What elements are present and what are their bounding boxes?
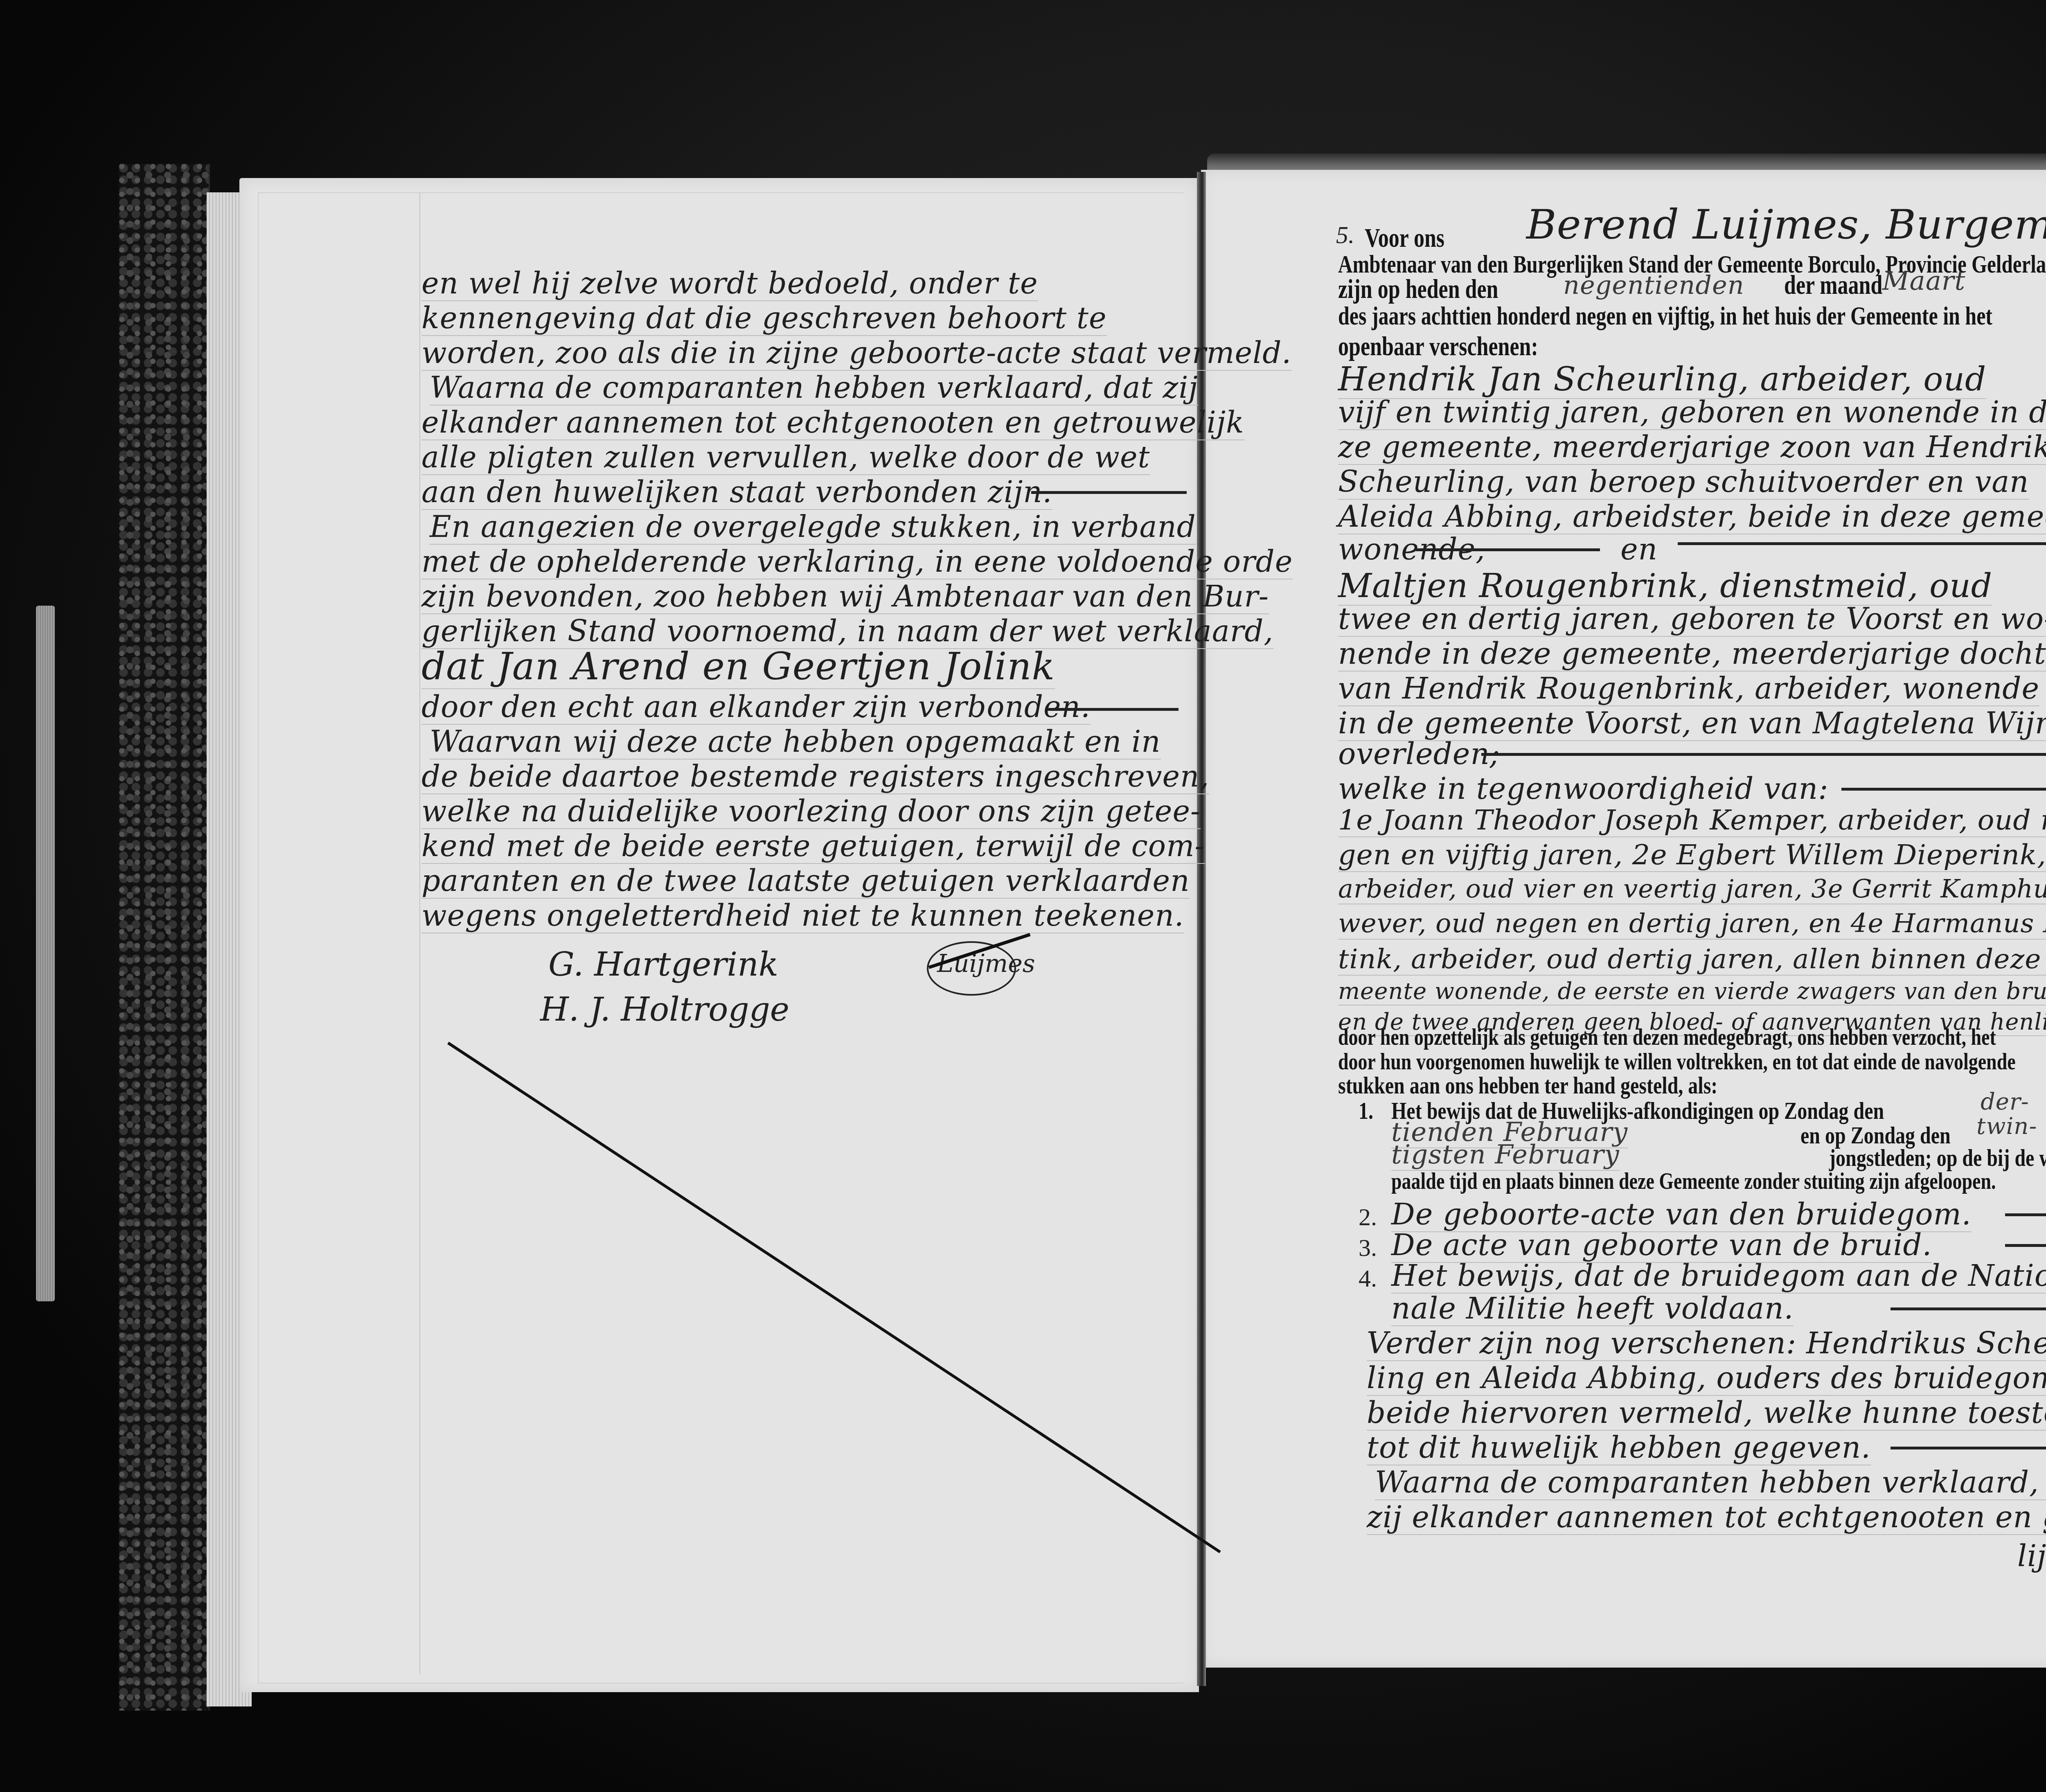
printed-line-des-jaars: des jaars achttien honderd negen en vijf… (1338, 301, 1992, 331)
item-4-text: Het bewijs, dat de bruidegom aan de Nati… (1391, 1258, 2046, 1294)
printed-der-maand: der maand (1784, 270, 1882, 300)
left-line-5: elkander aannemen tot echtgenooten en ge… (421, 405, 1244, 440)
left-line-10: zijn bevonden, zoo hebben wij Ambtenaar … (421, 579, 1269, 614)
left-line-17: kend met de beide eerste getuigen, terwi… (421, 829, 1205, 864)
left-line-8: En aangezien de overgelegde stukken, in … (430, 509, 1196, 545)
background-fabric-strip-left (36, 606, 55, 1301)
left-line-11: gerlijken Stand voornoemd, in naam der w… (421, 614, 1273, 649)
line-filler-dash (2005, 1213, 2046, 1216)
en-connector: en (1620, 532, 1658, 566)
printed-body-line-3: stukken aan ons hebben ter hand gesteld,… (1338, 1071, 1717, 1100)
item-1-hand-a: der- (1981, 1089, 2029, 1115)
groom-line-3: ze gemeente, meerderjarige zoon van Hend… (1338, 430, 2046, 465)
bride-line-3: nende in deze gemeente, meerderjarige do… (1338, 636, 2046, 672)
witness-line-4: wever, oud negen en dertig jaren, en 4e … (1338, 908, 2046, 940)
signature-witness-2: H. J. Holtrogge (540, 990, 789, 1028)
line-filler-dash (1048, 708, 1178, 711)
witness-line-3: arbeider, oud vier en veertig jaren, 3e … (1338, 874, 2046, 904)
left-line-19: wegens ongeletterdheid niet te kunnen te… (421, 898, 1184, 933)
bride-line-2: twee en dertig jaren, geboren te Voorst … (1338, 602, 2046, 637)
groom-line-4: Scheurling, van beroep schuitvoerder en … (1338, 464, 2029, 500)
item-1-printed-d: paalde tijd en plaats binnen deze Gemeen… (1391, 1167, 1996, 1194)
printed-line-zijn-op-heden: zijn op heden den (1338, 274, 1498, 304)
handwritten-month: Maart (1882, 266, 1965, 296)
groom-line-1: Hendrik Jan Scheurling, arbeider, oud (1338, 360, 1986, 399)
printed-line-openbaar: openbaar verschenen: (1338, 331, 1538, 362)
left-line-couple-names: dat Jan Arend en Geertjen Jolink (421, 645, 1055, 689)
signature-official: Luijmes (937, 949, 1035, 978)
item-1-number: 1. (1359, 1097, 1373, 1125)
line-filler-dash (1481, 753, 2046, 756)
item-4-text-continued: nale Militie heeft voldaan. (1391, 1291, 1794, 1326)
bride-line-4: van Hendrik Rougenbrink, arbeider, wonen… (1338, 671, 2039, 706)
handwritten-day: negentienden (1563, 270, 1744, 300)
witness-line-1: 1e Joann Theodor Joseph Kemper, arbeider… (1338, 804, 2046, 837)
closing-line-1: Verder zijn nog verschenen: Hendrikus Sc… (1367, 1326, 2046, 1361)
left-line-3: worden, zoo als die in zijne geboorte-ac… (421, 336, 1291, 371)
printed-body-line-2: door hun voorgenomen huwelijk te willen … (1338, 1048, 2016, 1075)
bride-line-5: in de gemeente Voorst, en van Magtelena … (1338, 706, 2046, 741)
closing-line-4: tot dit huwelijk hebben gegeven. (1367, 1430, 1871, 1465)
left-line-7: aan den huwelijken staat verbonden zijn. (421, 475, 1052, 510)
item-2-text: De geboorte-acte van den bruidegom. (1391, 1197, 1972, 1232)
left-line-15: de beide daartoe bestemde registers inge… (421, 759, 1209, 794)
line-filler-dash (1841, 788, 2046, 791)
item-1-hand-c: twin- (1976, 1113, 2037, 1140)
left-line-1: en wel hij zelve wordt bedoeld, onder te (421, 266, 1038, 301)
line-filler-dash (1891, 1307, 2046, 1310)
left-line-6: alle pligten zullen vervullen, welke doo… (421, 440, 1150, 475)
item-1-hand-d: tigsten February (1391, 1140, 1620, 1171)
closing-line-2: ling en Aleida Abbing, ouders des bruide… (1367, 1361, 2046, 1396)
line-filler-dash (1678, 542, 2046, 545)
line-filler-dash (1031, 491, 1187, 494)
witnesses-intro: welke in tegenwoordigheid van: (1338, 771, 1828, 806)
marbled-book-cover-left (119, 164, 210, 1711)
signature-witness-1: G. Hartgerink (548, 945, 778, 983)
catchword: lijk (2017, 1539, 2046, 1573)
closing-line-6: zij elkander aannemen tot echtgenooten e… (1367, 1500, 2046, 1535)
groom-line-5: Aleida Abbing, arbeidster, beide in deze… (1338, 499, 2046, 534)
witness-line-6: meente wonende, de eerste en vierde zwag… (1338, 978, 2046, 1005)
printed-body-line-1: door hen opzettelijk als getuigen ten de… (1338, 1023, 1996, 1050)
item-3-text: De acte van geboorte van de bruid. (1391, 1228, 1932, 1263)
left-line-2: kennengeving dat die geschreven behoort … (421, 301, 1107, 336)
left-line-9: met de ophelderende verklaring, in eene … (421, 544, 1293, 579)
left-line-4: Waarna de comparanten hebben verklaard, … (430, 370, 1198, 406)
line-filler-dash (1891, 1447, 2046, 1449)
book-gutter (1197, 172, 1206, 1686)
item-4-number: 4. (1359, 1265, 1377, 1293)
left-line-14: Waarvan wij deze acte hebben opgemaakt e… (430, 724, 1161, 760)
official-name-handwritten: Berend Luijmes, Burgemeester, (1526, 201, 2046, 248)
left-line-18: paranten en de twee laatste getuigen ver… (421, 863, 1190, 899)
closing-line-3: beide hiervoren vermeld, welke hunne toe… (1367, 1395, 2046, 1431)
left-line-16: welke na duidelijke voorlezing door ons … (421, 794, 1201, 829)
closing-line-5: Waarna de comparanten hebben verklaard, … (1375, 1465, 2046, 1500)
item-2-number: 2. (1359, 1203, 1377, 1231)
bride-line-1: Maltjen Rougenbrink, dienstmeid, oud (1338, 567, 1992, 606)
bride-line-6: overleden; (1338, 737, 1500, 771)
left-line-13: door den echt aan elkander zijn verbonde… (421, 690, 1091, 725)
witness-line-2: gen en vijftig jaren, 2e Egbert Willem D… (1338, 839, 2046, 872)
act-number: 5. (1336, 221, 1354, 249)
item-3-number: 3. (1359, 1234, 1377, 1262)
voor-ons-label: Voor ons (1365, 223, 1444, 253)
left-page-margin-rule (419, 192, 420, 1674)
witness-line-5: tink, arbeider, oud dertig jaren, allen … (1338, 943, 2046, 976)
line-filler-dash (2005, 1244, 2046, 1247)
line-filler-dash (1416, 548, 1600, 551)
groom-line-2: vijf en twintig jaren, geboren en wonend… (1338, 395, 2046, 430)
